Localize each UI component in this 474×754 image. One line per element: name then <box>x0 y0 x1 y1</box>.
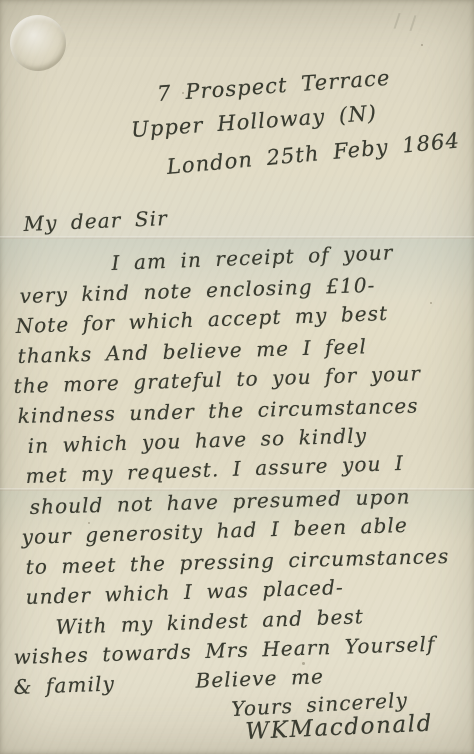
body-line: to meet the pressing circumstances <box>25 544 449 579</box>
fold-crease-top <box>0 236 474 239</box>
letter-page: 7 Prospect Terrace Upper Holloway (N) Lo… <box>0 0 474 754</box>
body-line: in which you have so kindly <box>27 423 367 458</box>
body-line: I am in receipt of your <box>111 240 394 275</box>
paper-speck <box>430 302 432 304</box>
faint-pencil-mark <box>394 13 417 31</box>
body-line: met my request. I assure you I <box>25 451 404 488</box>
body-line: under which I was placed- <box>25 575 344 609</box>
body-line: the more grateful to you for your <box>13 361 421 398</box>
address-line-2: Upper Holloway (N) <box>130 101 377 142</box>
closing-line: With my kindest and best <box>55 604 364 639</box>
body-line: your generosity had I been able <box>21 513 408 549</box>
address-line-1: 7 Prospect Terrace <box>156 66 391 106</box>
salutation: My dear Sir <box>23 206 168 236</box>
body-line: thanks And believe me I feel <box>17 334 367 368</box>
embossed-seal-icon <box>10 15 66 71</box>
paper-speck <box>421 44 423 46</box>
body-line: Note for which accept my best <box>15 301 388 338</box>
